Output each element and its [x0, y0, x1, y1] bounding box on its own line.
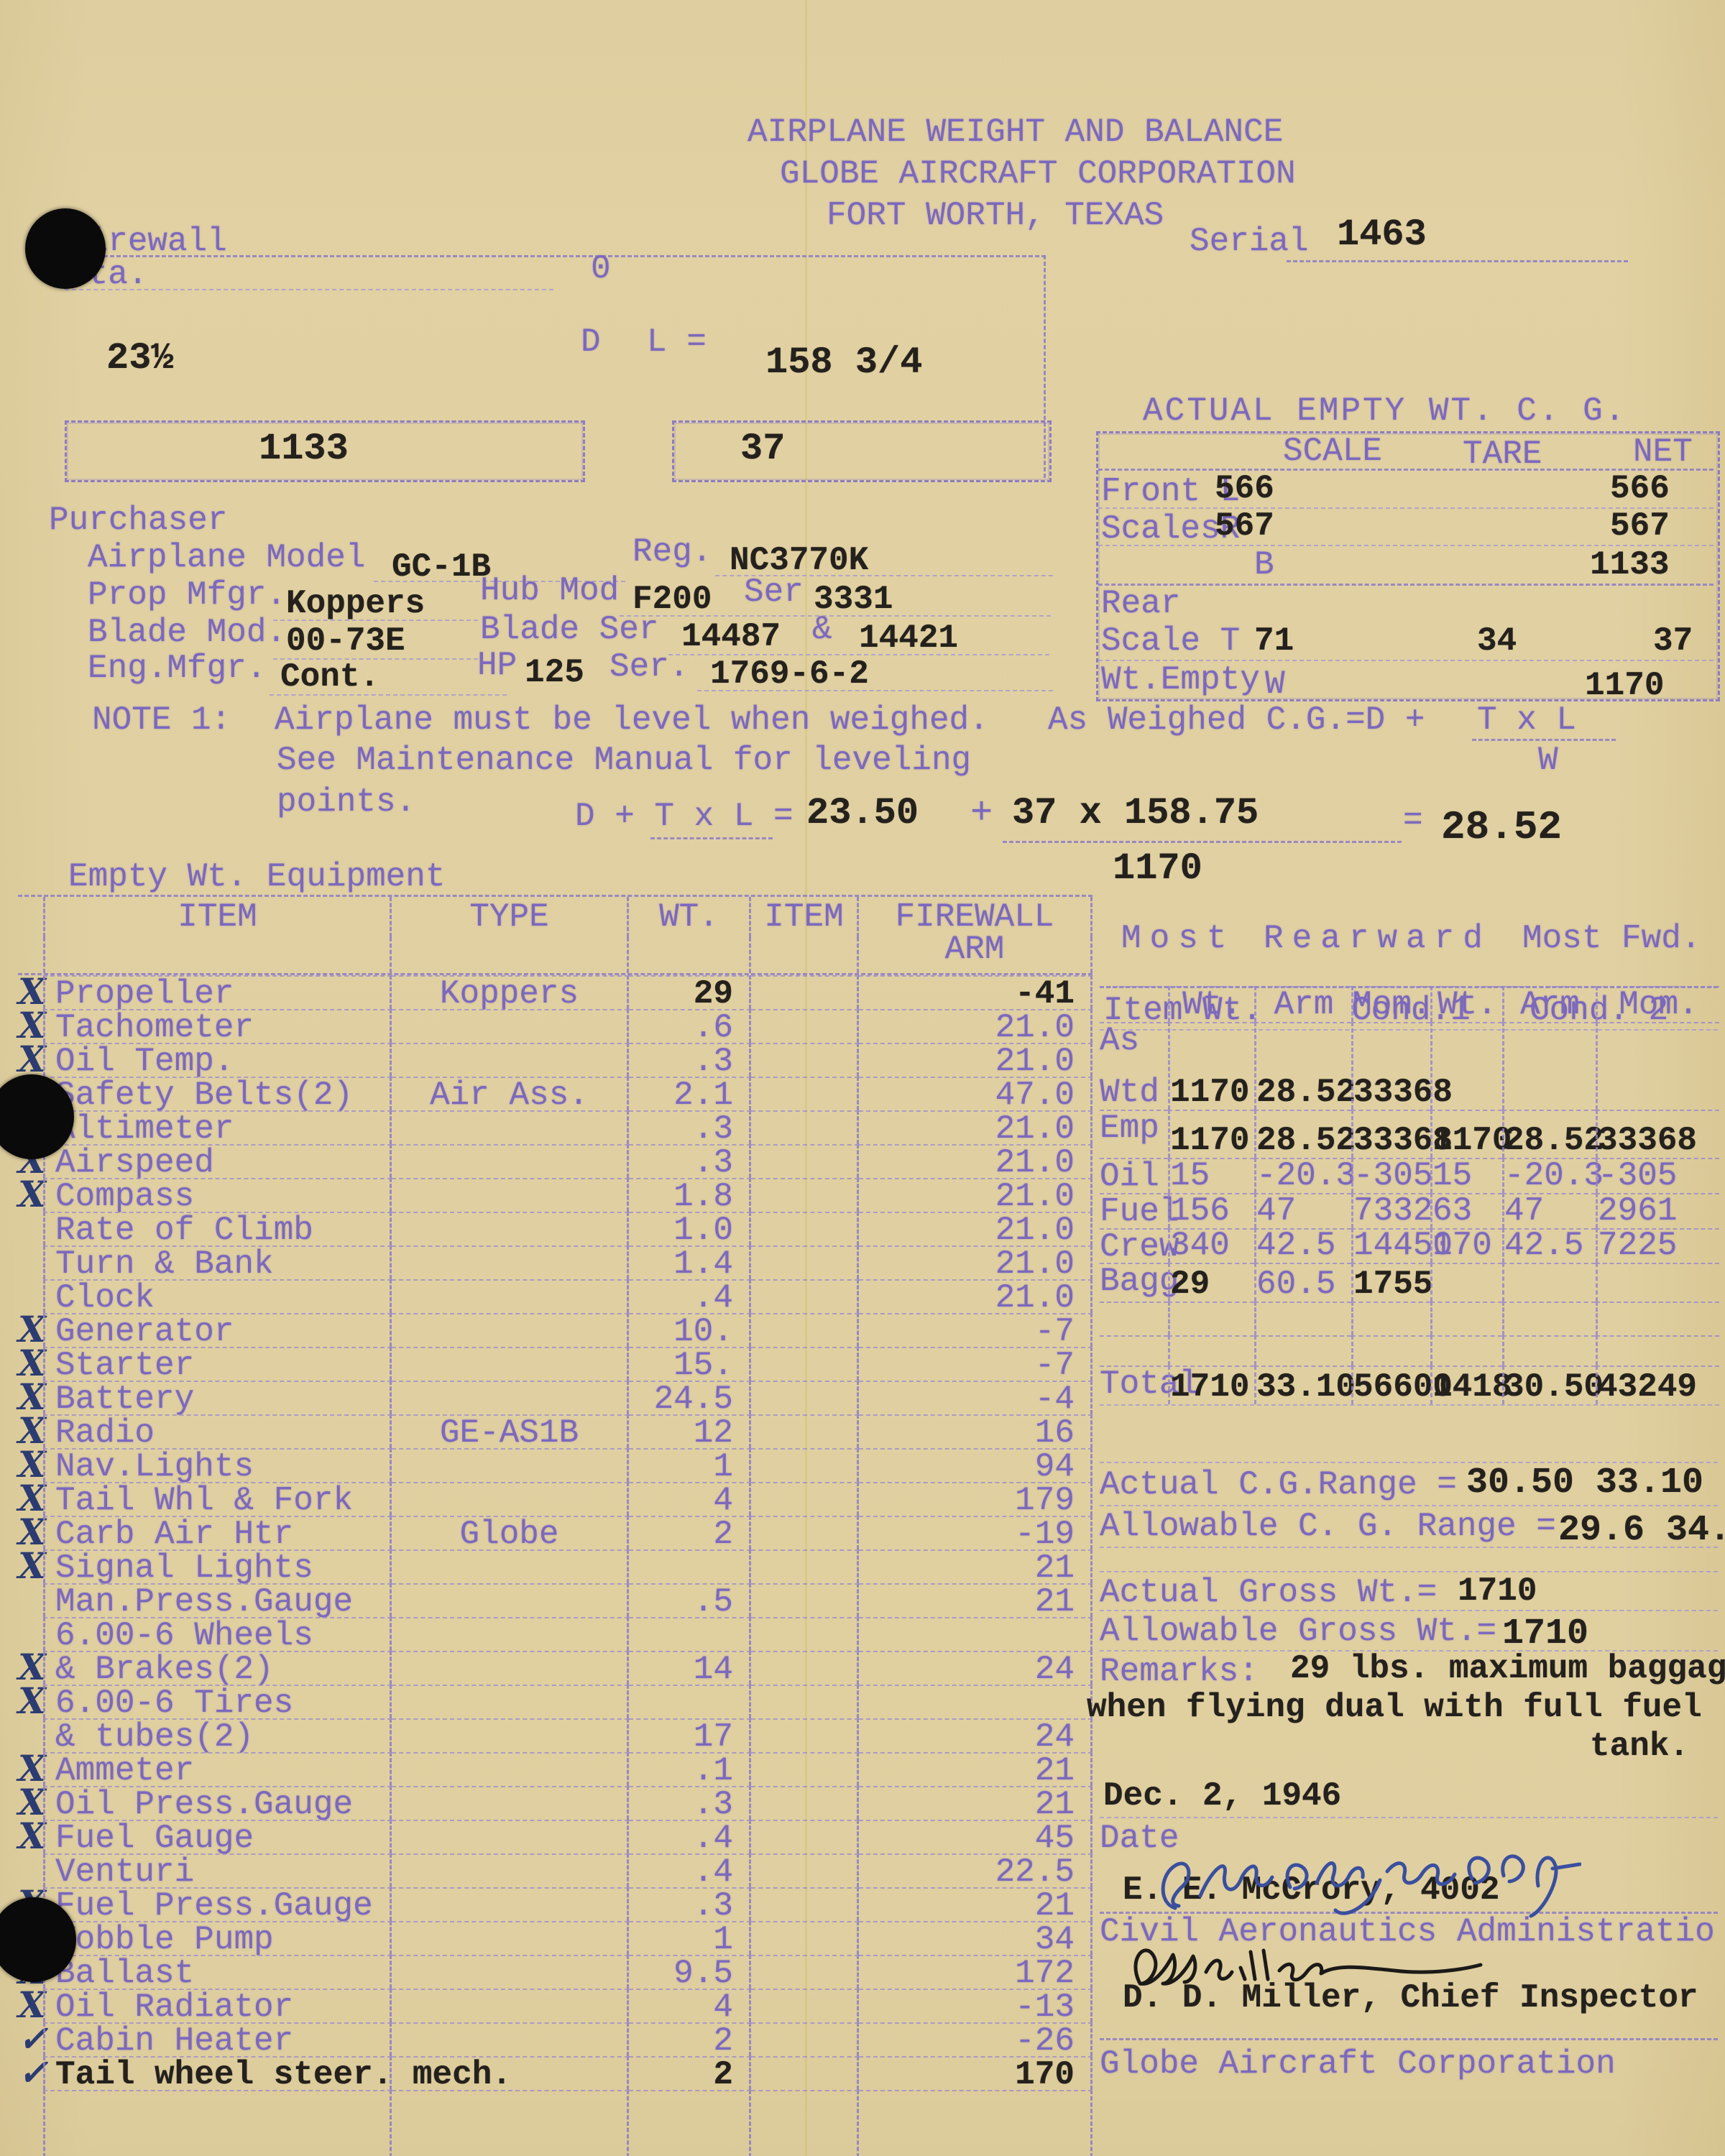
- form-line: [697, 690, 1053, 691]
- note-frac-den: W: [1538, 743, 1558, 778]
- equation-result: 28.52: [1441, 806, 1562, 849]
- item-col2: [751, 1043, 859, 1077]
- item-name: Radio: [43, 1414, 392, 1448]
- item-arm: 21: [859, 1752, 1092, 1786]
- form-line: [273, 619, 478, 621]
- equipment-row: XFuel Gauge.445: [18, 1820, 1092, 1853]
- item-col2: [751, 1347, 859, 1381]
- item-type: [392, 1110, 629, 1144]
- item-arm: 21: [859, 1786, 1092, 1820]
- item-type: [392, 1853, 629, 1887]
- item-type: [392, 1887, 629, 1921]
- condition-row-label: [1100, 1335, 1168, 1365]
- equipment-row: XNav.Lights194: [18, 1448, 1092, 1482]
- row-mark: X: [18, 1786, 43, 1818]
- equipment-header-row2: ARM: [18, 937, 1092, 975]
- item-weight: [629, 1549, 751, 1583]
- item-weight: .3: [629, 1110, 751, 1144]
- equation-frac-bar: [1003, 841, 1402, 843]
- ampersand: &: [812, 612, 832, 647]
- item-col2: [751, 1448, 859, 1482]
- item-weight: .6: [629, 1009, 751, 1043]
- row-mark: [18, 1583, 43, 1616]
- item-type: [392, 1448, 629, 1482]
- sum-line: [1100, 1571, 1718, 1572]
- item-name: Cabin Heater: [43, 2022, 392, 2056]
- item-col2: [751, 1009, 859, 1043]
- equipment-row: XAirspeed.321.0: [18, 1144, 1092, 1178]
- item-type: [392, 1043, 629, 1077]
- hp-label: HP: [477, 648, 517, 683]
- item-col2: [751, 975, 859, 1009]
- equipment-row: XPropellerKoppers29-41: [18, 975, 1092, 1009]
- col-tare: TARE: [1463, 437, 1542, 471]
- item-arm: 21.0: [859, 1279, 1092, 1313]
- item-name: Fuel Gauge: [43, 1820, 392, 1853]
- condition-cell: 33368: [1351, 1022, 1430, 1110]
- item-name: 6.00-6 Tires: [43, 1685, 392, 1718]
- condition-table: Wt.ArmMom.Wt.ArmMom.AsWtd117028.5233368E…: [1100, 986, 1719, 1406]
- empty-wt-cg-title: ACTUAL EMPTY WT. C. G.: [1143, 394, 1627, 428]
- serial-label: Serial: [1190, 224, 1309, 259]
- item-name: Airspeed: [43, 1144, 392, 1178]
- row-mark: X: [18, 975, 43, 1008]
- condition-cell: [1430, 1263, 1502, 1302]
- scale-row-net: 37: [1653, 624, 1693, 658]
- item-col2: [751, 1313, 859, 1347]
- condition-row: Fuel15647733263472961: [1100, 1193, 1719, 1228]
- equipment-row: Clock.421.0: [18, 1279, 1092, 1313]
- item-name: Signal Lights: [43, 1549, 392, 1583]
- condition-cell: 42.5: [1254, 1228, 1351, 1263]
- serial-value: 1463: [1337, 216, 1427, 255]
- equipment-row: & tubes(2)1724: [18, 1718, 1092, 1752]
- condition-cell: [1596, 1263, 1719, 1302]
- item-type: [392, 1279, 629, 1313]
- tail-weight-box: [672, 420, 1052, 482]
- condition-cell: 1170: [1168, 1022, 1254, 1110]
- item-weight: .1: [629, 1752, 751, 1786]
- equipment-row: XAmmeter.121: [18, 1752, 1092, 1786]
- equipment-row: XTachometer.621.0: [18, 1009, 1092, 1043]
- item-arm: 47.0: [859, 1077, 1092, 1110]
- item-name: Compass: [43, 1178, 392, 1212]
- mccrory-signature: [1150, 1840, 1581, 1933]
- item-weight: .4: [629, 1853, 751, 1887]
- condition-row-label: AsWtd: [1100, 1022, 1168, 1110]
- item-name: Tail wheel steer. mech.: [43, 2056, 392, 2090]
- item-weight: .4: [629, 1279, 751, 1313]
- item-arm: 21.0: [859, 1009, 1092, 1043]
- eng-ser-value: 1769-6-2: [710, 657, 869, 691]
- equipment-row: XAltimeter.321.0: [18, 1110, 1092, 1144]
- item-col2: [751, 1718, 859, 1752]
- l-label: L =: [647, 325, 707, 359]
- sta-value: 0: [591, 252, 611, 286]
- equipment-row: XFuel Press.Gauge.321: [18, 1887, 1092, 1921]
- item-col2: [751, 1786, 859, 1820]
- item-col2: [751, 1989, 859, 2022]
- item-name: Safety Belts(2): [43, 1077, 392, 1110]
- condition-row-label: Oil: [1100, 1158, 1168, 1193]
- item-col2: [751, 1752, 859, 1786]
- subhead-cell: Wt.: [1168, 986, 1254, 1022]
- remarks-label: Remarks:: [1100, 1654, 1259, 1689]
- sum-line: [1100, 1610, 1718, 1611]
- equipment-row: XBallast9.5172: [18, 1955, 1092, 1989]
- subhead-cell: Arm: [1254, 986, 1351, 1022]
- row-mark: X: [18, 1752, 43, 1784]
- item-weight: .3: [629, 1144, 751, 1178]
- actual-cg-label: Actual C.G.Range =: [1100, 1468, 1457, 1502]
- equipment-row: Rate of Climb1.021.0: [18, 1212, 1092, 1245]
- equipment-row: Turn & Bank1.421.0: [18, 1245, 1092, 1279]
- equipment-row: XOil Radiator4-13: [18, 1989, 1092, 2022]
- item-arm: 21.0: [859, 1212, 1092, 1245]
- item-col2: [751, 1110, 859, 1144]
- rearward-header: Most Rearward: [1121, 921, 1491, 956]
- item-col2: [751, 1887, 859, 1921]
- equation-lhs: D + T x L =: [575, 799, 793, 834]
- front-weight-value: 1133: [259, 430, 349, 469]
- item-name: Generator: [43, 1313, 392, 1347]
- condition-cell: [1430, 1335, 1502, 1365]
- equipment-row: XRadioGE-AS1B1216: [18, 1414, 1092, 1448]
- w-net: 1170: [1585, 668, 1664, 703]
- hp-value: 125: [525, 655, 584, 690]
- allow-cg-label: Allowable C. G. Range =: [1100, 1509, 1556, 1544]
- item-type: [392, 1212, 629, 1245]
- condition-cell: 28.52: [1254, 1110, 1351, 1158]
- item-weight: 9.5: [629, 1955, 751, 1989]
- row-mark: [18, 1245, 43, 1278]
- hole-punch-top: [25, 208, 106, 289]
- condition-cell: [1168, 1302, 1254, 1335]
- equipment-row: XOil Temp..321.0: [18, 1043, 1092, 1077]
- company-name: GLOBE AIRCRAFT CORPORATION: [780, 157, 1296, 191]
- condition-cell: 33368: [1351, 1110, 1430, 1158]
- purchaser-label: Purchaser: [49, 503, 227, 538]
- serial-underline: [1287, 260, 1628, 262]
- item-arm: 21.0: [859, 1245, 1092, 1279]
- item-name: Starter: [43, 1347, 392, 1381]
- equation-den: 1170: [1113, 849, 1202, 889]
- condition-cell: 156: [1168, 1193, 1254, 1228]
- blade-label: Blade Mod.: [88, 615, 286, 650]
- note-line1: Airplane must be level when weighed.: [275, 703, 989, 737]
- row-mark: ✓: [18, 2056, 43, 2088]
- condition-cell: 14450: [1351, 1228, 1430, 1263]
- fwd-header: Most Fwd.: [1522, 921, 1701, 956]
- item-col2: [751, 1955, 859, 1989]
- row-mark: X: [18, 1482, 43, 1514]
- item-name: Battery: [43, 1381, 392, 1414]
- item-arm: [859, 1685, 1092, 1718]
- condition-cell: 47: [1502, 1193, 1596, 1228]
- condition-cell: [1168, 1335, 1254, 1365]
- condition-cell: -305: [1351, 1158, 1430, 1193]
- row-mark: X: [18, 1989, 43, 2021]
- equipment-row: XBattery24.5-4: [18, 1381, 1092, 1414]
- eng-label: Eng.Mfgr.: [88, 651, 266, 686]
- condition-cell: 42.5: [1502, 1228, 1596, 1263]
- equipment-row: 6.00-6 Wheels: [18, 1617, 1092, 1651]
- subhead-cell: Mom.: [1351, 986, 1430, 1022]
- item-type: [392, 1482, 629, 1516]
- actual-gross-label: Actual Gross Wt.=: [1100, 1575, 1437, 1610]
- condition-cell: [1254, 1335, 1351, 1365]
- equipment-table-footer: [18, 2090, 1092, 2156]
- item-type: [392, 1313, 629, 1347]
- eng-value: Cont.: [280, 660, 379, 694]
- equipment-section-label: Empty Wt. Equipment: [68, 860, 446, 894]
- condition-cell: 63: [1430, 1193, 1502, 1228]
- item-arm: 21: [859, 1583, 1092, 1617]
- hub-ser-label: Ser: [744, 575, 804, 609]
- subhead-cell: [1100, 986, 1168, 1022]
- item-weight: 17: [629, 1718, 751, 1752]
- item-weight: .5: [629, 1583, 751, 1617]
- condition-cell: 1710: [1168, 1365, 1254, 1404]
- equipment-row: ✓Tail wheel steer. mech.2170: [18, 2056, 1092, 2090]
- item-weight: 1.4: [629, 1245, 751, 1279]
- item-weight: 1: [629, 1921, 751, 1955]
- form-title: AIRPLANE WEIGHT AND BALANCE: [747, 115, 1283, 149]
- item-weight: .3: [629, 1887, 751, 1921]
- allow-gross-label: Allowable Gross Wt.=: [1100, 1614, 1496, 1649]
- row-mark: [18, 1212, 43, 1244]
- row-mark: X: [18, 1178, 43, 1210]
- item-col2: [751, 1853, 859, 1887]
- condition-cell: -20.3: [1502, 1158, 1596, 1193]
- item-weight: .3: [629, 1786, 751, 1820]
- subhead-cell: Mom.: [1596, 986, 1719, 1022]
- item-type: [392, 1820, 629, 1853]
- remarks-line1: 29 lbs. maximum baggage: [1290, 1651, 1725, 1686]
- item-col2: [751, 1617, 859, 1651]
- condition-row-label: Emp: [1100, 1110, 1168, 1158]
- item-col2: [751, 1178, 859, 1212]
- item-name: Propeller: [43, 975, 392, 1009]
- item-type: [392, 1921, 629, 1955]
- condition-row: Bagg2960.51755: [1100, 1263, 1719, 1302]
- row-mark: X: [18, 1043, 43, 1075]
- note-frac-num: T x L: [1477, 703, 1576, 737]
- item-weight: 2.1: [629, 1077, 751, 1110]
- item-arm: 94: [859, 1448, 1092, 1482]
- scale-row-value: 566: [1215, 471, 1274, 506]
- item-arm: -7: [859, 1313, 1092, 1347]
- item-arm: 22.5: [859, 1853, 1092, 1887]
- item-type: [392, 2022, 629, 2056]
- d-label: D: [581, 325, 601, 359]
- blade-value: 00-73E: [286, 624, 405, 658]
- condition-cell: 340: [1168, 1228, 1254, 1263]
- blade-ser-value2: 14421: [859, 621, 958, 655]
- item-name: Oil Press.Gauge: [43, 1786, 392, 1820]
- condition-cell: [1430, 1302, 1502, 1335]
- condition-cell: [1254, 1302, 1351, 1335]
- item-name: & tubes(2): [43, 1718, 392, 1752]
- item-arm: 21.0: [859, 1043, 1092, 1077]
- equation-v2: 37 x 158.75: [1012, 794, 1259, 834]
- condition-cell: 7225: [1596, 1228, 1719, 1263]
- item-col2: [751, 1685, 859, 1718]
- condition-cell: [1351, 1335, 1430, 1365]
- item-weight: .4: [629, 1820, 751, 1853]
- item-col2: [751, 1414, 859, 1448]
- condition-row: [1100, 1335, 1719, 1365]
- note-line2: See Maintenance Manual for leveling: [277, 743, 971, 778]
- item-col2: [751, 2056, 859, 2090]
- scale-row-net: 566: [1610, 471, 1670, 506]
- model-value: GC-1B: [392, 550, 491, 584]
- col-net: NET: [1633, 435, 1693, 469]
- item-arm: 170: [859, 2056, 1092, 2090]
- item-weight: 10.: [629, 1313, 751, 1347]
- item-type: [392, 1381, 629, 1414]
- item-weight: 4: [629, 1989, 751, 2022]
- condition-cell: 1170: [1430, 1110, 1502, 1158]
- item-name: & Brakes(2): [43, 1651, 392, 1685]
- condition-subheader: Wt.ArmMom.Wt.ArmMom.: [1100, 986, 1719, 1022]
- item-name: Man.Press.Gauge: [43, 1583, 392, 1617]
- item-type: Air Ass.: [392, 1077, 629, 1110]
- equipment-row: XCarb Air HtrGlobe2-19: [18, 1516, 1092, 1549]
- item-col2: [751, 1381, 859, 1414]
- actual-gross-value: 1710: [1458, 1574, 1537, 1608]
- item-arm: 45: [859, 1820, 1092, 1853]
- item-weight: 1.0: [629, 1212, 751, 1245]
- prop-label: Prop Mfgr.: [88, 578, 286, 612]
- item-name: Fuel Press.Gauge: [43, 1887, 392, 1921]
- condition-cell: 2961: [1596, 1193, 1719, 1228]
- item-arm: -26: [859, 2022, 1092, 2056]
- item-col2: [751, 1549, 859, 1583]
- note-line1b: As Weighed C.G.=D +: [1048, 703, 1425, 737]
- item-name: 6.00-6 Wheels: [43, 1617, 392, 1651]
- item-col2: [751, 1583, 859, 1617]
- w-label: W: [1265, 667, 1285, 701]
- equipment-table: ITEMTYPEWT.ITEMFIREWALLARMXPropellerKopp…: [18, 895, 1092, 2156]
- condition-cell: [1596, 1335, 1719, 1365]
- form-line: [620, 615, 1051, 617]
- note-line3: points.: [277, 785, 415, 819]
- equipment-row: XSignal Lights21: [18, 1549, 1092, 1583]
- item-name: Tachometer: [43, 1009, 392, 1043]
- item-type: [392, 1752, 629, 1786]
- item-weight: [629, 1685, 751, 1718]
- condition-row-label: Crew: [1100, 1228, 1168, 1263]
- item-type: [392, 1144, 629, 1178]
- condition-cell: 1418: [1430, 1365, 1502, 1404]
- equipment-row: ✓Cabin Heater2-26: [18, 2022, 1092, 2056]
- row-mark: X: [18, 1414, 43, 1447]
- condition-cell: [1351, 1302, 1430, 1335]
- item-type: [392, 1549, 629, 1583]
- item-type: [392, 1955, 629, 1989]
- row-mark: X: [18, 1313, 43, 1345]
- sum-line: [1100, 1547, 1718, 1548]
- row-mark: [18, 1853, 43, 1886]
- item-col2: [751, 1245, 859, 1279]
- item-arm: 21: [859, 1549, 1092, 1583]
- item-type: [392, 1347, 629, 1381]
- equipment-row: X& Brakes(2)1424: [18, 1651, 1092, 1685]
- item-type: GE-AS1B: [392, 1414, 629, 1448]
- item-weight: 2: [629, 2022, 751, 2056]
- equipment-header-row: ITEMTYPEWT.ITEMFIREWALL: [18, 895, 1092, 937]
- condition-cell: 28.52: [1502, 1110, 1596, 1158]
- row-mark: [18, 1718, 43, 1751]
- item-arm: 34: [859, 1921, 1092, 1955]
- item-arm: -13: [859, 1989, 1092, 2022]
- item-arm: 24: [859, 1718, 1092, 1752]
- item-arm: 21.0: [859, 1110, 1092, 1144]
- row-mark: X: [18, 1685, 43, 1717]
- item-col2: [751, 1651, 859, 1685]
- item-weight: 12: [629, 1414, 751, 1448]
- item-arm: 172: [859, 1955, 1092, 1989]
- condition-row-label: Fuel: [1100, 1193, 1168, 1228]
- condition-cell: [1502, 1263, 1596, 1302]
- equation-underline1: [650, 837, 773, 839]
- form-line: [270, 694, 507, 696]
- allow-cg-value: 29.6 34.7: [1558, 1512, 1725, 1550]
- item-weight: 1: [629, 1448, 751, 1482]
- item-type: [392, 2056, 629, 2090]
- company-name-bottom: Globe Aircraft Corporation: [1100, 2047, 1616, 2081]
- cg-line: [1098, 584, 1713, 586]
- item-type: Koppers: [392, 975, 629, 1009]
- item-col2: [751, 1077, 859, 1110]
- prop-value: Koppers: [286, 586, 425, 621]
- item-name: Tail Whl & Fork: [43, 1482, 392, 1516]
- scale-row-label: Scale T: [1101, 624, 1240, 658]
- item-name: Oil Radiator: [43, 1989, 392, 2022]
- condition-cell: [1596, 1302, 1719, 1335]
- condition-cell: 47: [1254, 1193, 1351, 1228]
- item-type: [392, 1245, 629, 1279]
- item-arm: 21.0: [859, 1144, 1092, 1178]
- condition-cell: 33.10: [1254, 1365, 1351, 1404]
- condition-row: Total171033.1056600141830.5043249: [1100, 1365, 1719, 1404]
- length-value: 158 3/4: [765, 344, 922, 383]
- row-mark: X: [18, 1347, 43, 1379]
- sum-line: [1100, 1505, 1718, 1506]
- blade-ser-label: Blade Ser: [480, 612, 658, 647]
- row-mark: X: [18, 1651, 43, 1683]
- item-name: Ballast: [43, 1955, 392, 1989]
- item-type: [392, 1178, 629, 1212]
- condition-row: [1100, 1302, 1719, 1335]
- item-type: [392, 1617, 629, 1651]
- condition-cell: 29: [1168, 1263, 1254, 1302]
- condition-row: Crew34042.51445017042.57225: [1100, 1228, 1719, 1263]
- item-col2: [751, 2022, 859, 2056]
- item-col2: [751, 1921, 859, 1955]
- equipment-row: XGenerator10.-7: [18, 1313, 1092, 1347]
- item-name: Turn & Bank: [43, 1245, 392, 1279]
- item-weight: 24.5: [629, 1381, 751, 1414]
- item-name: Rate of Climb: [43, 1212, 392, 1245]
- item-col2: [751, 1516, 859, 1549]
- row-mark: X: [18, 1448, 43, 1480]
- condition-row-label: Total: [1100, 1365, 1168, 1404]
- item-arm: 21.0: [859, 1178, 1092, 1212]
- condition-cell: -305: [1596, 1158, 1719, 1193]
- condition-cell: 56600: [1351, 1365, 1430, 1404]
